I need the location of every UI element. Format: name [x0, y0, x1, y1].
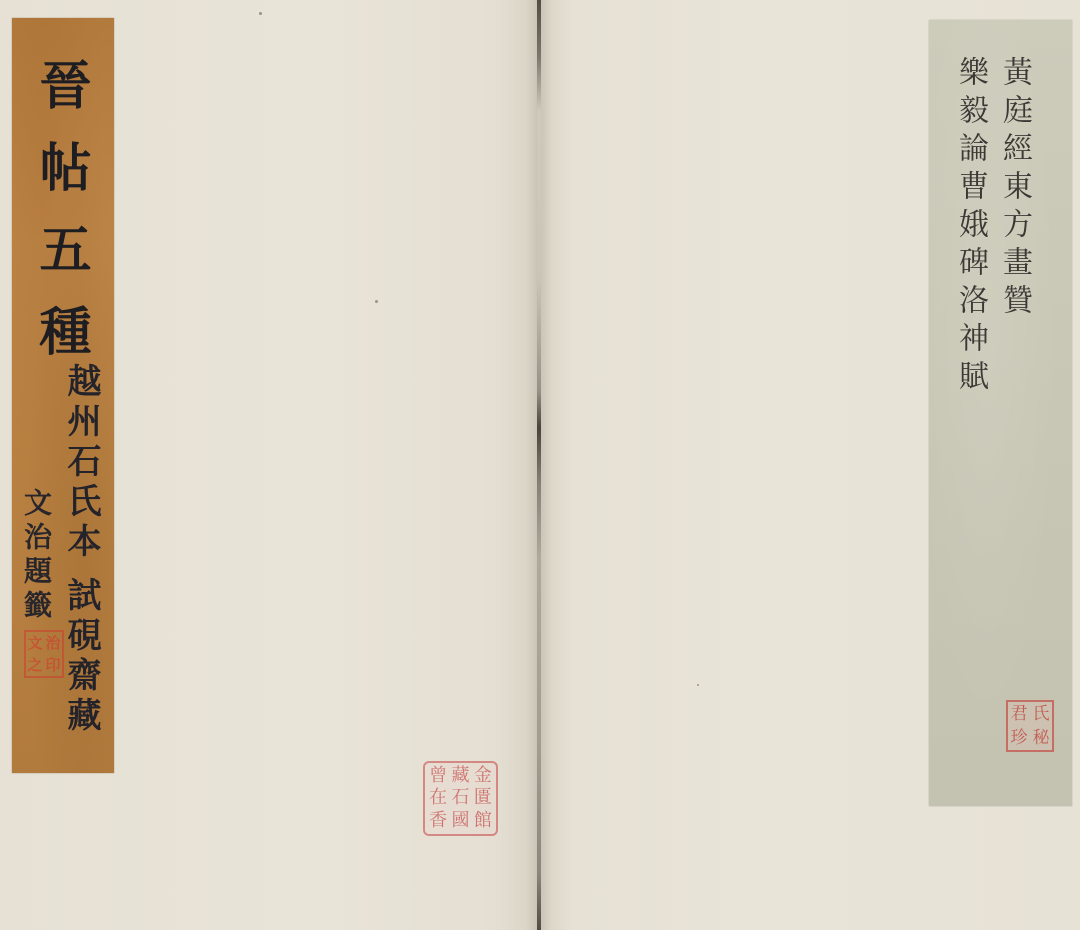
seal-char: 石 — [451, 789, 469, 807]
seal-char: 金 — [474, 767, 492, 785]
seal-char: 之 — [27, 658, 42, 673]
seal-char: 香 — [429, 812, 447, 830]
left-page: 晉帖五種 越州石氏本試硯齋藏 文治題籤 文 治 之 印 曾 藏 金 在 石 匱 … — [0, 0, 538, 930]
contents-column-2: 樂毅論曹娥碑洛神賦 — [948, 56, 992, 398]
seal-char: 曾 — [429, 767, 447, 785]
seal-char: 國 — [451, 812, 469, 830]
signature-seal: 文 治 之 印 — [24, 630, 64, 678]
book-spine — [537, 0, 541, 930]
contents-slip: 黃庭經東方畫贊 樂毅論曹娥碑洛神賦 君 氏 珍 秘 — [929, 20, 1072, 806]
seal-char: 藏 — [451, 767, 469, 785]
seal-char: 匱 — [474, 789, 492, 807]
slip-subtitle-collection: 試硯齋藏 — [61, 577, 101, 737]
seal-char: 文 — [27, 636, 42, 651]
seal-char: 治 — [45, 636, 60, 651]
slip-title: 晉帖五種 — [34, 58, 86, 386]
paper-speck — [375, 300, 378, 303]
seal-char: 秘 — [1033, 730, 1050, 747]
contents-list: 黃庭經東方畫贊 樂毅論曹娥碑洛神賦 — [948, 56, 1036, 398]
seal-char: 君 — [1011, 706, 1028, 723]
seal-char: 在 — [429, 789, 447, 807]
contents-column-1: 黃庭經東方畫贊 — [992, 56, 1036, 398]
album-spread: 晉帖五種 越州石氏本試硯齋藏 文治題籤 文 治 之 印 曾 藏 金 在 石 匱 … — [0, 0, 1080, 930]
seal-char: 氏 — [1033, 706, 1050, 723]
slip-subtitle-edition: 越州石氏本 — [61, 363, 101, 563]
contents-seal: 君 氏 珍 秘 — [1006, 700, 1054, 752]
seal-char: 館 — [474, 812, 492, 830]
collector-seal: 曾 藏 金 在 石 匱 香 國 館 — [423, 761, 498, 836]
paper-speck — [259, 12, 262, 15]
slip-subtitle: 越州石氏本試硯齋藏 — [64, 363, 98, 737]
title-slip: 晉帖五種 越州石氏本試硯齋藏 文治題籤 文 治 之 印 — [12, 18, 114, 773]
slip-signature: 文治題籤 — [22, 488, 50, 624]
paper-speck — [697, 684, 699, 686]
seal-char: 印 — [45, 658, 60, 673]
seal-char: 珍 — [1011, 730, 1028, 747]
